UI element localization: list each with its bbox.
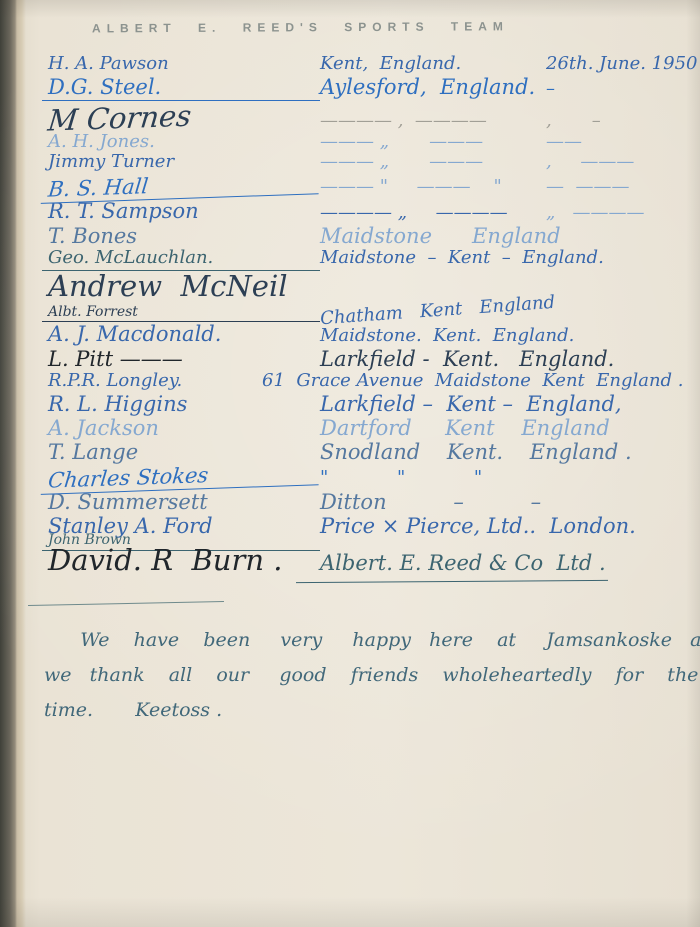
- guestbook-photo: ALBERT E. REED'S SPORTS TEAM H. A. Pawso…: [0, 0, 700, 927]
- signature-name: L. Pitt ———: [42, 347, 320, 371]
- guestbook-row: D.G. Steel. Aylesford, England. –: [34, 75, 690, 101]
- signature-place: ———— , ————: [320, 111, 542, 132]
- signature-place: Maidstone – Kent – England.: [320, 248, 604, 269]
- signature-name: Albt. Forrest: [42, 304, 320, 322]
- guestbook-row: Geo. McLauchlan. Maidstone – Kent – Engl…: [34, 248, 690, 271]
- signature-place: " " ": [320, 468, 542, 489]
- closing-line: time. Keetoss .: [44, 693, 690, 728]
- guestbook-row: D. Summersett Ditton – –: [34, 490, 690, 514]
- signature-place: ——— „ ———: [320, 152, 542, 173]
- signature-place: Maidstone England: [320, 224, 561, 248]
- guestbook-row: R. L. Higgins Larkfield – Kent – England…: [34, 392, 690, 416]
- signature-name: David. R Burn .: [42, 545, 320, 575]
- signature-place: Kent, England.: [320, 54, 542, 75]
- guestbook-row: H. A. Pawson Kent, England. 26th. June. …: [34, 54, 690, 75]
- signature-name: T. Bones: [42, 224, 320, 248]
- signature-place: Dartford Kent England: [320, 416, 610, 440]
- guestbook-row: L. Pitt ——— Larkfield - Kent. England.: [34, 347, 690, 371]
- page-title: ALBERT E. REED'S SPORTS TEAM: [34, 6, 690, 41]
- signature-date: , –: [542, 111, 690, 132]
- signature-rows: H. A. Pawson Kent, England. 26th. June. …: [34, 40, 690, 575]
- guestbook-row: B. S. Hall ——— " ——— " — ———: [34, 173, 690, 199]
- signature-date: ——: [542, 132, 690, 153]
- signature-place: Larkfield - Kent. England.: [320, 347, 614, 371]
- guestbook-row: T. Bones Maidstone England: [34, 224, 690, 248]
- signature-date: –: [542, 79, 690, 100]
- signature-place: Larkfield – Kent – England,: [320, 392, 622, 416]
- signature-name: H. A. Pawson: [42, 54, 320, 75]
- guestbook-row: T. Lange Snodland Kent. England .: [34, 440, 690, 464]
- signature-date: , ———: [542, 152, 690, 173]
- rule-lines: [34, 575, 690, 609]
- signature-place: Albert. E. Reed & Co Ltd .: [320, 551, 606, 575]
- signature-name: A. Jackson: [42, 416, 320, 440]
- signature-name: R. T. Sampson: [42, 199, 320, 223]
- closing-line: we thank all our good friends wholeheart…: [44, 658, 690, 693]
- signature-place: Ditton – –: [320, 490, 542, 514]
- signature-place: Snodland Kent. England .: [320, 440, 632, 464]
- guestbook-row: David. R Burn . Albert. E. Reed & Co Ltd…: [34, 551, 690, 575]
- signature-date: 26th. June. 1950: [542, 54, 690, 75]
- signature-date: „ ————: [542, 203, 690, 224]
- guestbook-row: Albt. Forrest Chatham Kent England: [34, 301, 690, 322]
- signature-date: — ———: [542, 177, 690, 198]
- signature-place: 61 Grace Avenue Maidstone Kent England .: [262, 371, 684, 392]
- closing-message: We have been very happy here at Jamsanko…: [34, 609, 690, 728]
- guestbook-row: A. Jackson Dartford Kent England: [34, 416, 690, 440]
- guestbook-row: M Cornes ———— , ———— , –: [34, 101, 690, 132]
- signature-place: Maidstone. Kent. England.: [320, 326, 574, 347]
- signature-place: Price × Pierce, Ltd.. London.: [320, 514, 636, 538]
- closing-line: We have been very happy here at Jamsanko…: [44, 623, 690, 658]
- guestbook-row: R. T. Sampson ———— „ ———— „ ————: [34, 199, 690, 224]
- guestbook-row: Jimmy Turner ——— „ ——— , ———: [34, 152, 690, 173]
- signature-name: D. Summersett: [42, 490, 320, 514]
- signature-place: ——— „ ———: [320, 132, 542, 153]
- signature-name: Geo. McLauchlan.: [42, 248, 320, 271]
- guestbook-row: R.P.R. Longley. 61 Grace Avenue Maidston…: [34, 371, 690, 392]
- guestbook-row: Andrew McNeil: [34, 271, 690, 301]
- signature-name: A. J. Macdonald.: [42, 322, 320, 346]
- signature-name: M Cornes: [40, 96, 321, 136]
- rule-line-under-signature: [28, 601, 224, 606]
- signature-place: Aylesford, England.: [320, 75, 542, 99]
- signature-place: ———— „ ————: [320, 203, 542, 224]
- guestbook-row: Charles Stokes " " ": [34, 464, 690, 490]
- signature-name: Andrew McNeil: [42, 271, 320, 301]
- signature-name: R. L. Higgins: [42, 392, 320, 416]
- signature-place: ——— " ——— ": [320, 177, 542, 198]
- guestbook-page: ALBERT E. REED'S SPORTS TEAM H. A. Pawso…: [34, 8, 690, 923]
- rule-line-under-company: [296, 580, 608, 583]
